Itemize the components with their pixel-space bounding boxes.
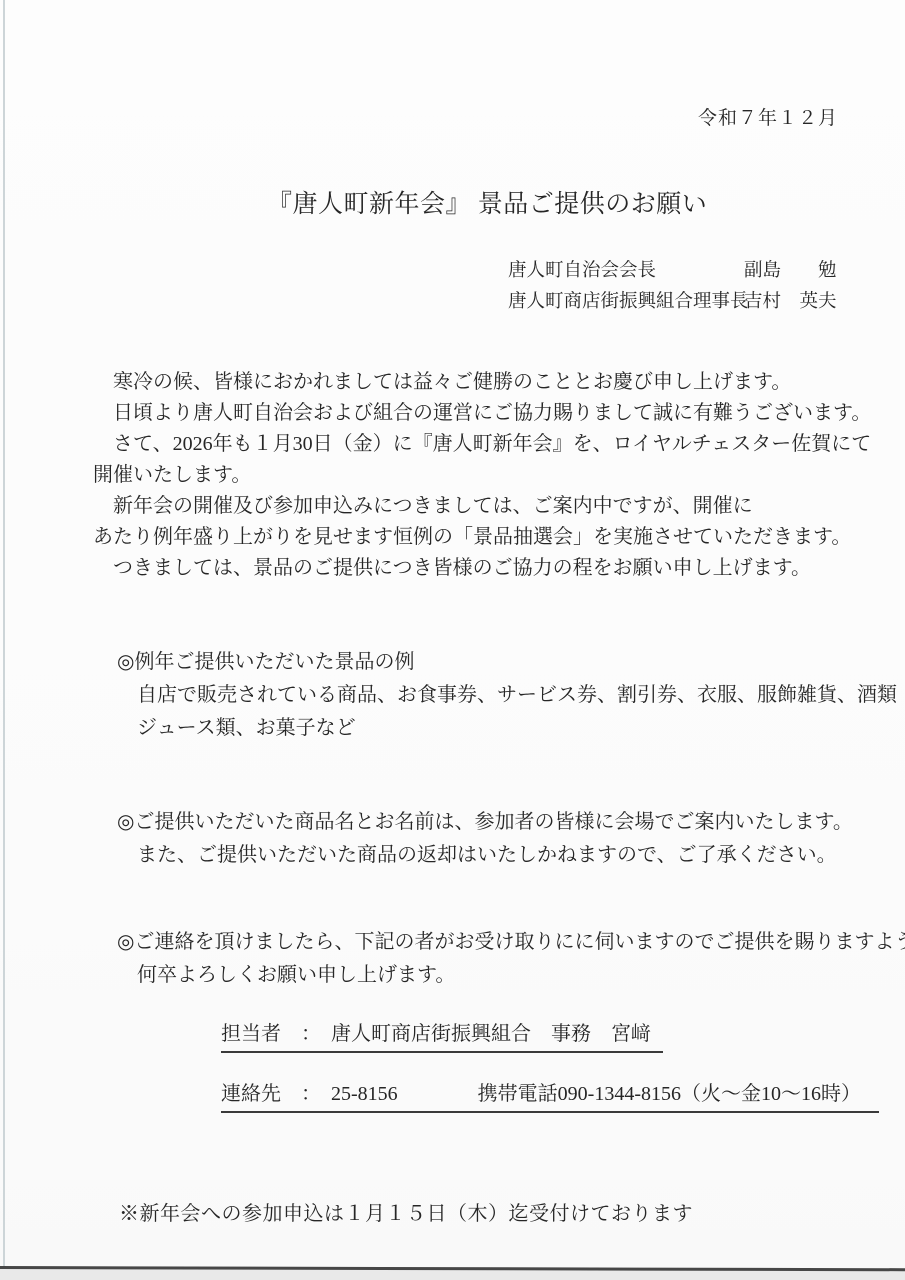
- body-line: 開催いたします。: [93, 460, 863, 491]
- section-line: また、ご提供いただいた商品の返却はいたしかねますので、ご了承ください。: [117, 839, 853, 872]
- body-line: さて、2026年も１月30日（金）に『唐人町新年会』を、ロイヤルチェスター佐賀に…: [93, 429, 863, 460]
- signature-name: 吉村 英夫: [744, 287, 837, 318]
- body-line: 寒冷の候、皆様におかれましては益々ご健勝のこととお慶び申し上げます。: [93, 367, 863, 398]
- section-line: ジュース類、お菓子など: [117, 712, 897, 745]
- section-line: ◎ご提供いただいた商品名とお名前は、参加者の皆様に会場でご案内いたします。: [117, 806, 853, 839]
- section-line: 自店で販売されている商品、お食事券、サービス券、割引券、衣服、服飾雑貨、酒類: [117, 679, 897, 712]
- body-line: あたり例年盛り上がりを見せます恒例の「景品抽選会」を実施させていただきます。: [93, 522, 863, 553]
- section-prize-examples: ◎例年ご提供いただいた景品の例 自店で販売されている商品、お食事券、サービス券、…: [117, 646, 897, 745]
- date-line: 令和７年１２月: [698, 103, 838, 130]
- signature-org: 唐人町自治会会長: [508, 256, 744, 287]
- signature-org: 唐人町商店街振興組合理事長: [508, 287, 744, 318]
- contact-person-line: 担当者 ： 唐人町商店街振興組合 事務 宮﨑: [221, 1017, 663, 1053]
- signature-name: 副島 勉: [744, 256, 837, 287]
- signature-row: 唐人町商店街振興組合理事長 吉村 英夫: [508, 287, 837, 318]
- document-title: 『唐人町新年会』 景品ご提供のお願い: [267, 184, 707, 220]
- signature-row: 唐人町自治会会長 副島 勉: [508, 256, 837, 287]
- contact-block: 担当者 ： 唐人町商店街振興組合 事務 宮﨑 連絡先 ： 25-8156 携帯電…: [221, 1017, 879, 1137]
- body-paragraphs: 寒冷の候、皆様におかれましては益々ご健勝のこととお慶び申し上げます。 日頃より唐…: [93, 367, 863, 584]
- section-announcement-notice: ◎ご提供いただいた商品名とお名前は、参加者の皆様に会場でご案内いたします。 また…: [117, 806, 853, 872]
- contact-row: 連絡先 ： 25-8156 携帯電話090-1344-8156（火～金10～16…: [221, 1077, 879, 1113]
- body-line: つきましては、景品のご提供につき皆様のご協力の程をお願い申し上げます。: [93, 553, 863, 584]
- section-pickup-notice: ◎ご連絡を頂けましたら、下記の者がお受け取りにに伺いますのでご提供を賜りますよう…: [117, 926, 905, 992]
- contact-phone-line: 連絡先 ： 25-8156 携帯電話090-1344-8156（火～金10～16…: [221, 1077, 879, 1113]
- contact-row: 担当者 ： 唐人町商店街振興組合 事務 宮﨑: [221, 1017, 879, 1053]
- body-line: 日頃より唐人町自治会および組合の運営にご協力賜りまして誠に有難うございます。: [93, 398, 863, 429]
- section-line: 何卒よろしくお願い申し上げます。: [117, 959, 905, 992]
- scan-edge-left: [3, 0, 5, 1266]
- body-line: 新年会の開催及び参加申込みにつきましては、ご案内中ですが、開催に: [93, 491, 863, 522]
- section-line: ◎例年ご提供いただいた景品の例: [117, 646, 897, 679]
- scanned-letter-page: 令和７年１２月 『唐人町新年会』 景品ご提供のお願い 唐人町自治会会長 副島 勉…: [0, 0, 905, 1280]
- footnote: ※新年会への参加申込は１月１５日（木）迄受付けております: [119, 1197, 693, 1226]
- section-line: ◎ご連絡を頂けましたら、下記の者がお受け取りにに伺いますのでご提供を賜りますよう: [117, 926, 905, 959]
- signature-block: 唐人町自治会会長 副島 勉 唐人町商店街振興組合理事長 吉村 英夫: [508, 256, 837, 318]
